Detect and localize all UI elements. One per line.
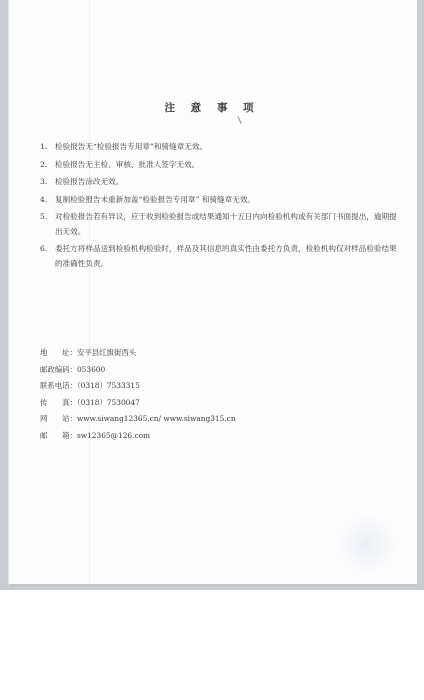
notice-number: 1.: [40, 140, 47, 155]
notice-item: 4. 复制检验报告未重新加盖“检验报告专用章” 和骑缝章无效。: [40, 193, 400, 208]
notice-text: 委托方将样品送到检验机构检验时，样品及其信息的真实性由委托方负责，检验机构仅对样…: [55, 244, 397, 268]
notice-number: 5.: [40, 210, 47, 225]
contact-website: 网 站：www.siwang12365.cn/ www.siwang315.cn: [40, 411, 380, 428]
notice-number: 2.: [40, 158, 47, 173]
contact-label: 网 站：: [40, 414, 77, 423]
contact-value: 053600: [77, 365, 105, 374]
notice-list: 1. 检验报告无“检验报告专用章”和骑缝章无效。 2. 检验报告无主检、审核、批…: [40, 140, 400, 274]
notice-item: 6. 委托方将样品送到检验机构检验时，样品及其信息的真实性由委托方负责，检验机构…: [40, 242, 400, 271]
contact-label: 邮 箱：: [40, 431, 77, 440]
notice-text: 复制检验报告未重新加盖“检验报告专用章” 和骑缝章无效。: [55, 195, 255, 204]
contact-value: （0318）7533315: [77, 381, 140, 390]
contact-fax: 传 真：（0318）7530047: [40, 395, 380, 412]
notice-item: 3. 检验报告涂改无效。: [40, 175, 400, 190]
contact-label: 联系电话：: [40, 381, 77, 390]
notice-text: 对检验报告若有异议，应于收到检验报告或结果通知十五日内向检验机构或有关部门书面提…: [55, 212, 397, 236]
contact-label: 邮政编码：: [40, 365, 77, 374]
contact-value: 安平县红旗街西头: [77, 348, 136, 357]
contact-info: 地 址：安平县红旗街西头 邮政编码：053600 联系电话：（0318）7533…: [40, 345, 380, 444]
contact-label: 地 址：: [40, 348, 77, 357]
notice-text: 检验报告无主检、审核、批准人签字无效。: [55, 160, 199, 169]
notice-text: 检验报告涂改无效。: [55, 177, 123, 186]
notice-item: 2. 检验报告无主检、审核、批准人签字无效。: [40, 158, 400, 173]
contact-email: 邮 箱：sw12365@126.com: [40, 428, 380, 445]
notice-item: 5. 对检验报告若有异议，应于收到检验报告或结果通知十五日内向检验机构或有关部门…: [40, 210, 400, 239]
contact-value: （0318）7530047: [77, 398, 140, 407]
document-page: [8, 0, 419, 586]
contact-value: sw12365@126.com: [77, 431, 150, 440]
contact-phone: 联系电话：（0318）7533315: [40, 378, 380, 395]
notice-text: 检验报告无“检验报告专用章”和骑缝章无效。: [55, 142, 207, 151]
contact-label: 传 真：: [40, 398, 77, 407]
page-title: 注 意 事 项: [0, 100, 424, 115]
notice-number: 3.: [40, 175, 47, 190]
contact-value: www.siwang12365.cn/ www.siwang315.cn: [77, 414, 236, 423]
notice-number: 6.: [40, 242, 47, 257]
notice-item: 1. 检验报告无“检验报告专用章”和骑缝章无效。: [40, 140, 400, 155]
scanned-page-background: [0, 0, 424, 590]
contact-address: 地 址：安平县红旗街西头: [40, 345, 380, 362]
contact-postcode: 邮政编码：053600: [40, 362, 380, 379]
notice-number: 4.: [40, 193, 47, 208]
